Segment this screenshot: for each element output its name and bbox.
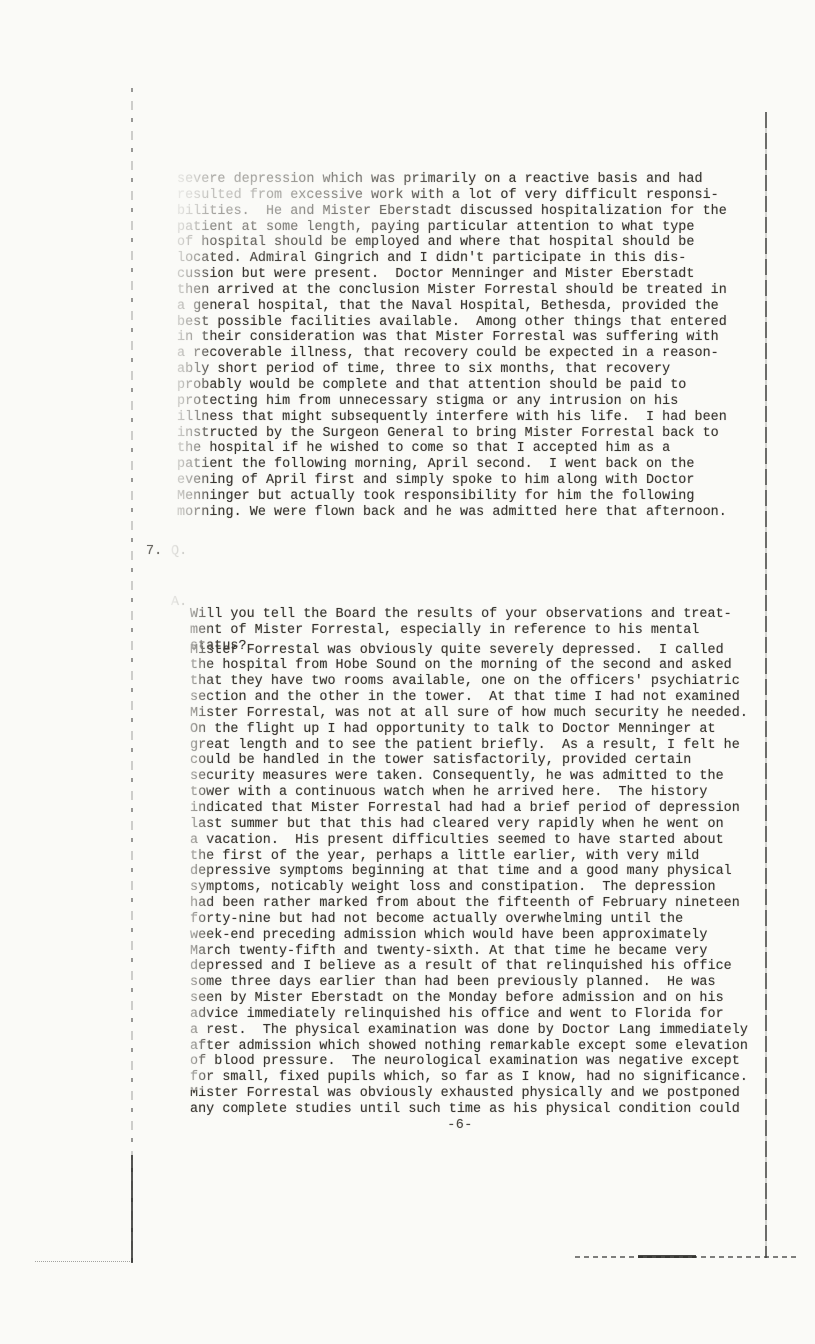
scan-rule-right: [765, 112, 767, 1258]
scan-rule-left-dark-segment: [131, 1155, 133, 1263]
question-number: 7.: [146, 544, 162, 560]
continuation-paragraph: severe depression which was primarily on…: [177, 172, 727, 521]
answer-speaker-label: A.: [171, 595, 187, 611]
scan-rule-left: [131, 88, 133, 1264]
scanned-document-page: severe depression which was primarily on…: [0, 0, 815, 1344]
question-speaker-label: Q.: [171, 544, 187, 560]
answer-block: A. Mister Forrestal was obviously quite …: [190, 595, 748, 1150]
scan-specks-bottom-left: [35, 1261, 130, 1265]
scan-dashed-line-dark-segment: [638, 1255, 696, 1258]
answer-text: Mister Forrestal was obviously quite sev…: [190, 643, 748, 1118]
page-number: -6-: [177, 1118, 743, 1133]
